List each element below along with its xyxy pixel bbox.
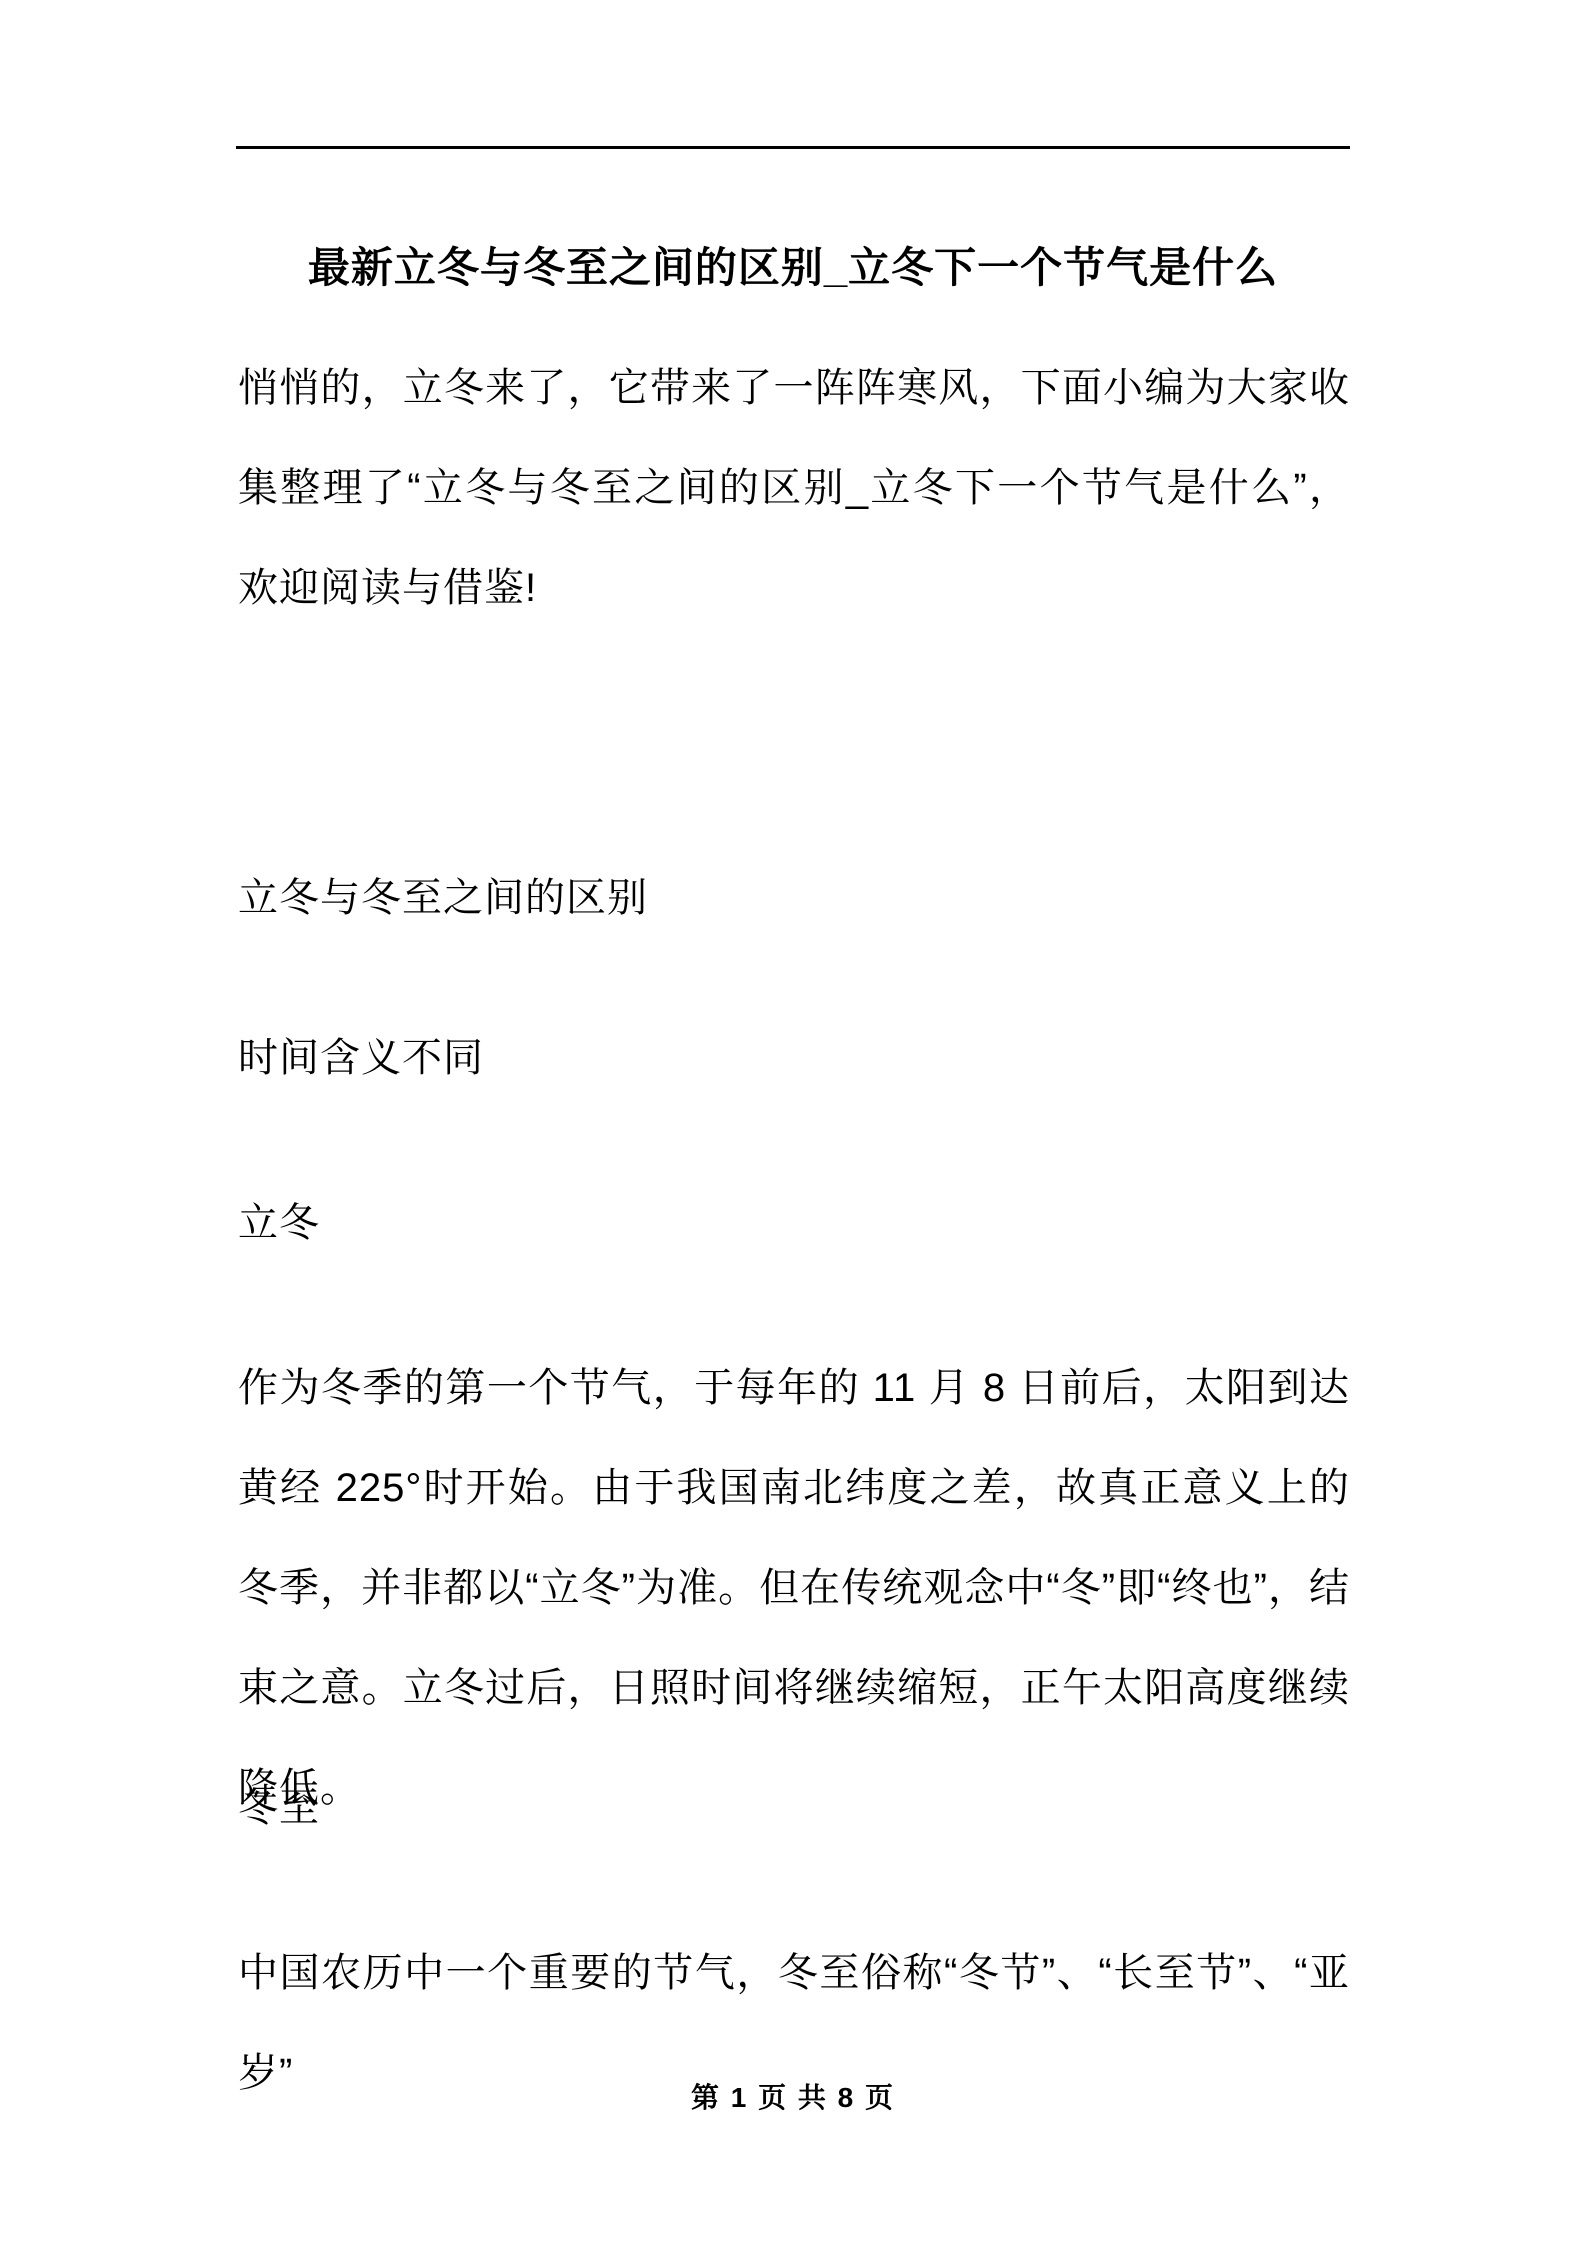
subsection-heading: 时间含义不同 <box>238 1008 1350 1108</box>
document-title: 最新立冬与冬至之间的区别_立冬下一个节气是什么 <box>236 238 1350 298</box>
section-heading: 立冬与冬至之间的区别 <box>238 848 1350 948</box>
term-dongzhi-heading: 冬至 <box>238 1758 1350 1858</box>
header-divider-rule <box>236 146 1350 149</box>
intro-paragraph: 悄悄的，立冬来了，它带来了一阵阵寒风，下面小编为大家收集整理了“立冬与冬至之间的… <box>238 338 1350 638</box>
document-page: 最新立冬与冬至之间的区别_立冬下一个节气是什么 悄悄的，立冬来了，它带来了一阵阵… <box>0 0 1586 2244</box>
page-number-footer: 第 1 页 共 8 页 <box>236 2080 1350 2116</box>
term-lidong-heading: 立冬 <box>238 1173 1350 1273</box>
